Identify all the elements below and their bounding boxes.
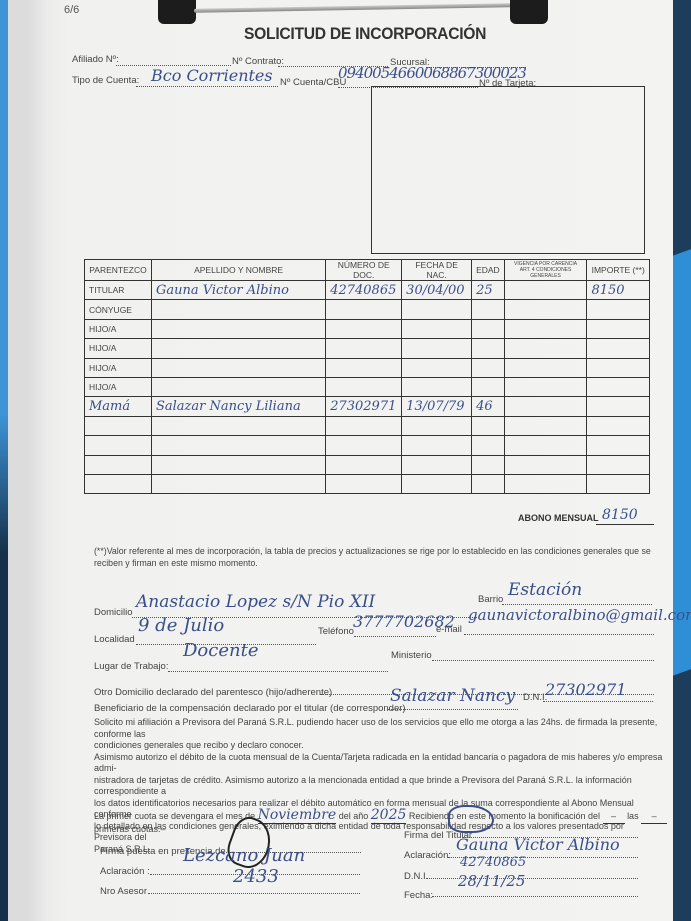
cuota-text-d: las [627, 811, 639, 821]
cell-importe[interactable] [587, 319, 650, 338]
table-row: HIJO/A [85, 377, 650, 396]
cell-vigencia[interactable] [504, 319, 587, 338]
tipo-cuenta-label: Tipo de Cuenta: [72, 75, 139, 86]
legal-line: condiciones generales que recibo y decla… [94, 740, 664, 752]
cell-edad[interactable] [472, 436, 505, 455]
cell-vigencia[interactable] [504, 455, 587, 474]
localidad-label: Localidad [94, 634, 135, 645]
cell-edad[interactable] [472, 455, 505, 474]
beneficiario-dni-field[interactable] [543, 701, 653, 702]
fecha-field[interactable] [432, 896, 638, 897]
cell-fecha[interactable] [402, 377, 472, 396]
table-row: CÓNYUGE [85, 300, 650, 319]
cell-edad[interactable]: 25 [472, 281, 505, 300]
cell-parentezco[interactable] [85, 436, 152, 455]
cell-parentezco[interactable] [85, 474, 152, 493]
cell-doc[interactable] [326, 319, 402, 338]
bonificacion-field[interactable]: – [603, 811, 625, 824]
cell-fecha[interactable] [402, 455, 472, 474]
photo-box [371, 86, 645, 254]
table-row [85, 474, 650, 493]
cell-edad[interactable] [472, 474, 505, 493]
fecha-value: 28/11/25 [458, 872, 525, 890]
asesor-value: 2433 [233, 866, 279, 887]
cell-importe[interactable] [587, 300, 650, 319]
cuota-text-b: del año [339, 811, 369, 821]
ministerio-label: Ministerio [391, 650, 432, 661]
otro-domicilio-label: Otro Domicilio declarado del parentesco … [94, 687, 332, 698]
table-row [85, 416, 650, 435]
cell-edad[interactable] [472, 300, 505, 319]
cell-parentezco[interactable]: HIJO/A [85, 358, 152, 377]
abono-mensual-value: 8150 [596, 507, 638, 523]
cell-parentezco[interactable] [85, 416, 152, 435]
cell-fecha[interactable]: 30/04/00 [402, 281, 472, 300]
las-field[interactable]: – [641, 811, 667, 824]
cell-parentezco[interactable] [85, 455, 152, 474]
cell-vigencia[interactable] [504, 339, 587, 358]
cell-doc[interactable] [326, 436, 402, 455]
abono-mensual-label: ABONO MENSUAL [518, 513, 599, 523]
abono-mensual-field[interactable]: 8150 [596, 506, 654, 525]
cell-nombre[interactable] [151, 339, 325, 358]
cell-fecha[interactable] [402, 474, 472, 493]
cell-vigencia[interactable] [504, 397, 587, 416]
cell-fecha[interactable] [402, 300, 472, 319]
barrio-field[interactable] [502, 604, 652, 605]
table-row [85, 455, 650, 474]
cell-nombre[interactable] [151, 300, 325, 319]
cell-fecha[interactable] [402, 416, 472, 435]
cell-vigencia[interactable] [504, 377, 587, 396]
telefono-field[interactable] [354, 636, 436, 637]
aclaracion-right-label: Aclaración: [404, 850, 451, 861]
cell-nombre[interactable]: Gauna Victor Albino [151, 281, 325, 300]
cell-doc[interactable]: 27302971 [326, 397, 402, 416]
cell-parentezco[interactable]: TITULAR [85, 281, 152, 300]
aclaracion-right-value: Gauna Victor Albino [456, 835, 620, 854]
dni-value: 42740865 [460, 855, 526, 870]
cell-nombre[interactable] [151, 377, 325, 396]
table-row: HIJO/A [85, 319, 650, 338]
price-note: (**)Valor referente al mes de incorporac… [94, 546, 654, 569]
cell-doc[interactable] [326, 416, 402, 435]
cell-vigencia[interactable] [504, 436, 587, 455]
cuota-text-a: La primer cuota se devengara el mes de [94, 811, 255, 821]
col-fecha: FECHA DE NAC. [402, 260, 472, 281]
cuota-mes-value[interactable]: Noviembre [258, 807, 337, 824]
telefono-label: Teléfono [318, 626, 354, 637]
cuota-text-c: Recibiendo en este momento la bonificaci… [409, 811, 600, 821]
beneficiario-dni-value: 27302971 [545, 680, 626, 699]
asesor-field[interactable] [148, 893, 360, 894]
table-header-row: PARENTEZCO APELLIDO Y NOMBRE NÚMERO DE D… [85, 260, 650, 281]
cell-nombre[interactable] [151, 436, 325, 455]
table-row: TITULARGauna Victor Albino4274086530/04/… [85, 281, 650, 300]
legal-line: Solicito mi afiliación a Previsora del P… [94, 717, 664, 740]
barrio-label: Barrio [478, 594, 503, 605]
cell-fecha[interactable] [402, 339, 472, 358]
members-table: PARENTEZCO APELLIDO Y NOMBRE NÚMERO DE D… [84, 259, 650, 494]
cell-fecha[interactable] [402, 436, 472, 455]
cell-parentezco[interactable]: CÓNYUGE [85, 300, 152, 319]
cell-doc[interactable] [326, 377, 402, 396]
localidad-value: 9 de Julio [138, 615, 224, 636]
cell-doc[interactable] [326, 474, 402, 493]
cell-vigencia[interactable] [504, 358, 587, 377]
table-row: HIJO/A [85, 339, 650, 358]
col-vigencia: VIGENCIA POR CARENCIA ART. 4 CONDICIONES… [504, 260, 587, 281]
cell-vigencia[interactable] [504, 300, 587, 319]
cell-importe[interactable] [587, 358, 650, 377]
email-value: gaunavictoralbino@gmail.com [468, 606, 691, 624]
cuota-line: La primer cuota se devengara el mes de N… [94, 810, 674, 835]
cell-parentezco[interactable]: HIJO/A [85, 339, 152, 358]
table-row: HIJO/A [85, 358, 650, 377]
cell-nombre[interactable] [151, 416, 325, 435]
domicilio-label: Domicilio [94, 607, 133, 618]
afiliado-label: Afiliado Nº: [72, 54, 119, 65]
cell-edad[interactable]: 46 [472, 397, 505, 416]
cell-doc[interactable] [326, 455, 402, 474]
beneficiario-label: Beneficiario de la compensación declarad… [94, 703, 406, 714]
cell-fecha[interactable] [402, 319, 472, 338]
asesor-label: Nro Asesor [100, 886, 147, 897]
col-parentezco: PARENTEZCO [85, 260, 152, 281]
cell-importe[interactable]: 8150 [587, 281, 650, 300]
tipo-cuenta-field[interactable] [136, 86, 278, 87]
col-doc: NÚMERO DE DOC. [326, 260, 402, 281]
barrio-value: Estación [508, 580, 582, 600]
legal-line: Asimismo autorizo el débito de la cuota … [94, 752, 664, 775]
cell-nombre[interactable]: Salazar Nancy Liliana [151, 397, 325, 416]
cell-nombre[interactable] [151, 455, 325, 474]
cell-importe[interactable] [587, 377, 650, 396]
cell-nombre[interactable] [151, 319, 325, 338]
tipo-cuenta-value: Bco Corrientes [151, 66, 273, 85]
cell-edad[interactable] [472, 319, 505, 338]
cell-doc[interactable] [326, 300, 402, 319]
table-row [85, 436, 650, 455]
titular-signature [448, 805, 494, 833]
cell-fecha[interactable] [402, 358, 472, 377]
cell-parentezco[interactable]: HIJO/A [85, 319, 152, 338]
email-label: e-mail [436, 624, 462, 635]
cuenta-cbu-label: Nº Cuenta/CBU [280, 77, 346, 88]
beneficiario-value: Salazar Nancy [390, 686, 515, 706]
cell-edad[interactable] [472, 377, 505, 396]
beneficiario-field[interactable] [388, 709, 518, 710]
cell-doc[interactable]: 42740865 [326, 281, 402, 300]
cell-importe[interactable] [587, 416, 650, 435]
col-edad: EDAD [472, 260, 505, 281]
form-title: SOLICITUD DE INCORPORACIÓN [244, 24, 486, 44]
cell-vigencia[interactable] [504, 416, 587, 435]
form-paper: 6/6 SOLICITUD DE INCORPORACIÓN Afiliado … [8, 0, 673, 921]
cell-importe[interactable] [587, 397, 650, 416]
cell-parentezco[interactable]: HIJO/A [85, 377, 152, 396]
cell-nombre[interactable] [151, 474, 325, 493]
cell-edad[interactable] [472, 339, 505, 358]
cuota-text-e: primeras cuotas.– [94, 824, 166, 834]
col-nombre: APELLIDO Y NOMBRE [151, 260, 325, 281]
page-number: 6/6 [64, 4, 79, 16]
dni-label: D.N.I. [404, 871, 428, 882]
trabajo-field[interactable] [168, 671, 388, 672]
trabajo-label: Lugar de Trabajo: [94, 661, 168, 672]
col-importe: IMPORTE (**) [587, 260, 650, 281]
cell-importe[interactable] [587, 339, 650, 358]
cell-importe[interactable] [587, 455, 650, 474]
email-field[interactable] [464, 634, 654, 635]
ministerio-field[interactable] [432, 660, 654, 661]
cell-importe[interactable] [587, 474, 650, 493]
cell-vigencia[interactable] [504, 474, 587, 493]
cell-edad[interactable] [472, 358, 505, 377]
cell-edad[interactable] [472, 416, 505, 435]
cuota-anio-value[interactable]: 2025 [371, 807, 407, 824]
cell-doc[interactable] [326, 339, 402, 358]
cell-vigencia[interactable] [504, 281, 587, 300]
domicilio-value: Anastacio Lopez s/N Pio XII [136, 592, 375, 612]
cell-importe[interactable] [587, 436, 650, 455]
aclaracion-left-value: Lezcano Juan [183, 845, 305, 866]
table-row: MamáSalazar Nancy Liliana2730297113/07/7… [85, 397, 650, 416]
cell-fecha[interactable]: 13/07/79 [402, 397, 472, 416]
cell-doc[interactable] [326, 358, 402, 377]
fecha-label: Fecha: [404, 890, 433, 901]
aclaracion-left-label: Aclaración : [100, 866, 150, 877]
cell-parentezco[interactable]: Mamá [85, 397, 152, 416]
legal-line: nistradora de tarjetas de crédito. Asimi… [94, 775, 664, 798]
cell-nombre[interactable] [151, 358, 325, 377]
trabajo-value: Docente [183, 640, 258, 661]
